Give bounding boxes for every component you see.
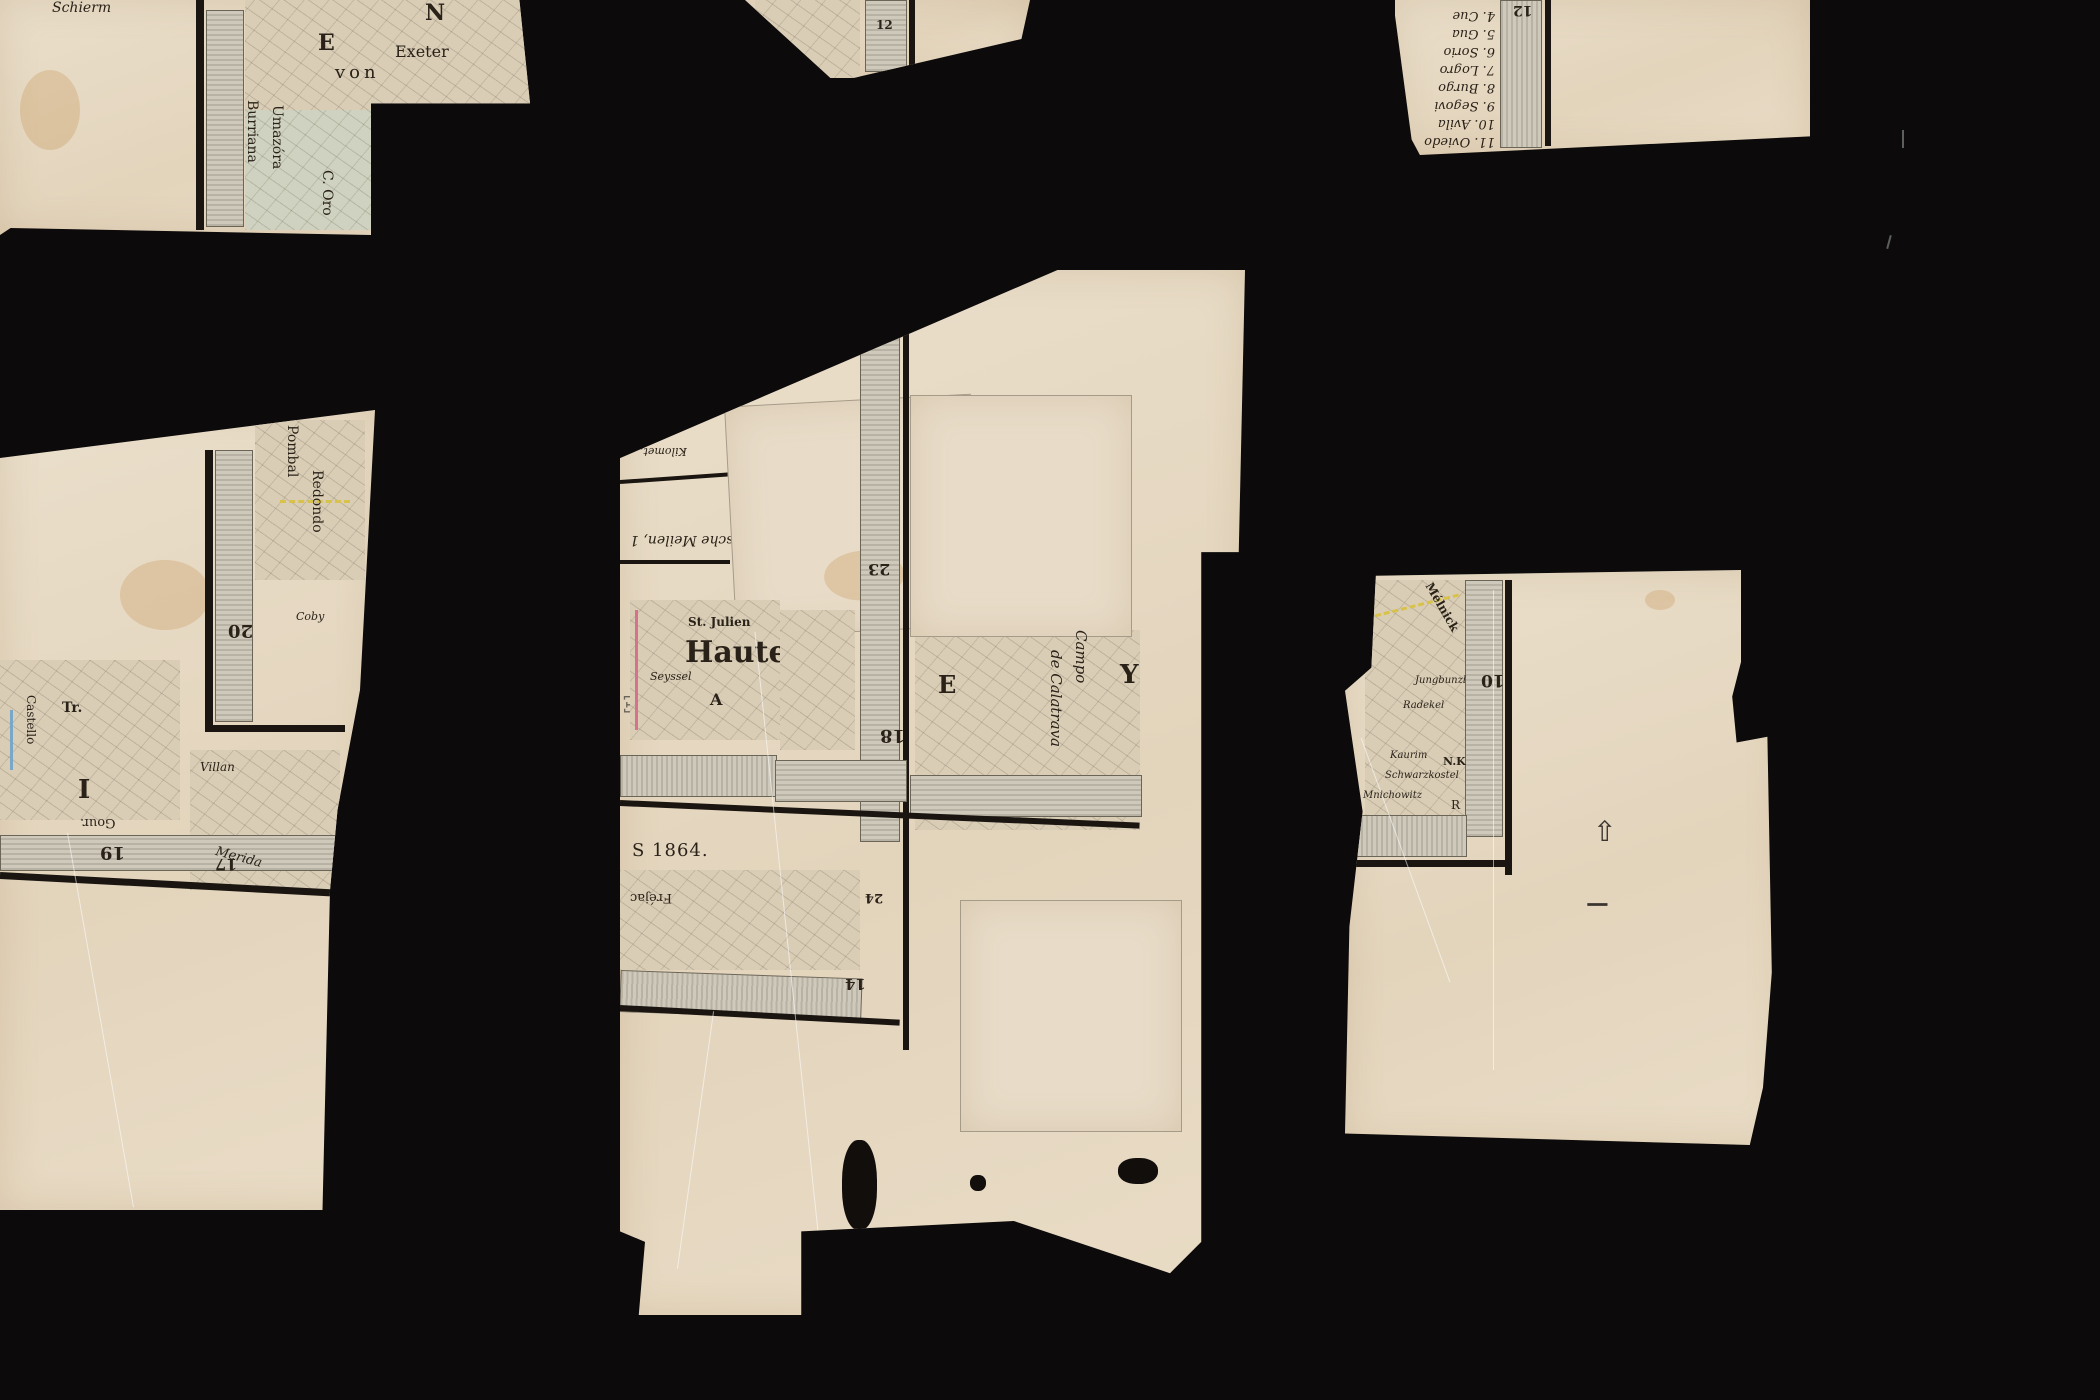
map-label: Campo: [1072, 630, 1090, 683]
ink-damage: [1118, 1158, 1158, 1184]
map-label: Castello: [24, 695, 38, 744]
map-frame-rule: [205, 450, 213, 730]
list-item: 10. Avila: [1405, 114, 1495, 132]
map-label: R: [1451, 798, 1460, 812]
list-item: 5. Gua: [1405, 24, 1495, 42]
cut-line: [677, 1011, 714, 1269]
foxing-stain: [20, 70, 80, 150]
paper-overlay: [960, 900, 1182, 1132]
margin-number: 14: [845, 975, 866, 993]
margin-number: 18: [880, 725, 905, 746]
map-label: Fréjac: [630, 890, 672, 905]
map-label: Coby: [296, 610, 324, 623]
list-item: 6. Sorio: [1405, 42, 1495, 60]
map-border-band: [215, 450, 253, 722]
map-detail-lower: [620, 870, 860, 970]
map-border-band: [620, 755, 777, 797]
map-frame-rule: [205, 725, 345, 732]
ink-damage: [842, 1140, 877, 1230]
paper-overlay: [910, 395, 1132, 637]
margin-number: 24: [865, 890, 883, 905]
ink-damage: [970, 1235, 990, 1253]
map-label: Jungbunzl: [1415, 675, 1466, 686]
province-border-pink: [635, 610, 638, 730]
map-label: Kaurim: [1390, 750, 1427, 761]
map-border-band: [1355, 815, 1467, 857]
map-label: Redondo: [309, 470, 325, 533]
map-label: E: [938, 670, 956, 699]
map-fragment-right: 10 Mélnick Radekel Jungbunzl Kaurim N.K …: [1345, 570, 1785, 1145]
map-frame-rule: [1545, 0, 1551, 146]
map-label: Y: [1120, 660, 1139, 690]
map-border-band: [1500, 0, 1542, 148]
margin-number: 10: [1481, 670, 1505, 690]
map-label: Schwarzkostel: [1385, 770, 1459, 781]
map-label: von: [335, 62, 380, 83]
map-border-band: [910, 775, 1142, 817]
map-detail: [780, 610, 855, 750]
map-label: St. Julien: [688, 615, 750, 629]
map-frame-rule: [909, 0, 915, 70]
margin-number: 12: [1513, 2, 1532, 18]
list-item: 8. Burgo: [1405, 78, 1495, 96]
map-detail-coast: [245, 110, 375, 230]
map-border-band: [206, 10, 244, 227]
collage-scene: Schierm Exeter von Umazóra Burriana C. O…: [0, 0, 2100, 1400]
map-label: E: [318, 30, 335, 56]
map-label: A: [710, 690, 722, 709]
list-item: 9. Segovi: [1405, 96, 1495, 114]
map-fragment-middle-center: Kilomet. Deutsche Meilen, 1 Maafsstab — …: [620, 270, 1245, 1315]
map-label: Pombal: [284, 425, 300, 477]
province-border-blue: [10, 710, 13, 770]
margin-number: 20: [228, 620, 253, 641]
map-label: Gour.: [80, 815, 116, 830]
map-border-band: [775, 760, 907, 802]
map-label: Umazóra: [269, 105, 285, 169]
map-label: C. Oro: [319, 170, 335, 216]
margin-number: 12: [876, 18, 893, 32]
map-border-band: [0, 835, 342, 871]
map-detail-devon: [245, 0, 535, 110]
publication-year: S 1864.: [632, 840, 709, 861]
pencil-mark: I: [1581, 900, 1614, 908]
map-fragment-top-center: 12: [745, 0, 1030, 78]
map-fragment-middle-left: 20 19 17 Pombal Redondo Coby Castello Tr…: [0, 410, 375, 1210]
map-frame-rule: [1355, 860, 1512, 867]
scale-bar: [620, 560, 730, 564]
foxing-stain: [1645, 590, 1675, 610]
map-label: Radekel: [1403, 700, 1444, 711]
map-label: Exeter: [395, 42, 449, 61]
map-fragment-top-left: Schierm Exeter von Umazóra Burriana C. O…: [0, 0, 530, 235]
map-label: N: [425, 0, 445, 26]
map-frame-rule: [1505, 580, 1512, 875]
map-label: Burriana: [244, 100, 260, 163]
list-item: 7. Logro: [1405, 60, 1495, 78]
map-label: N.K: [1443, 755, 1466, 768]
map-frame-rule: [196, 0, 204, 230]
map-frame-rule: [903, 270, 909, 1050]
map-detail: [755, 0, 860, 78]
list-item: 11. Oviedo: [1405, 132, 1495, 150]
dust-speck: [1886, 235, 1892, 249]
list-item: 4. Cue: [1405, 6, 1495, 24]
map-border-band: [1465, 580, 1503, 837]
map-label: Tr.: [62, 700, 82, 716]
map-label: de Calatrava: [1047, 650, 1065, 747]
map-label: Haute: [685, 635, 788, 670]
dust-speck: [1902, 130, 1904, 148]
scale-units-label: Kilomet.: [640, 445, 687, 458]
cut-line: [1493, 590, 1494, 1070]
foxing-stain: [120, 560, 210, 630]
map-label: Villan: [200, 760, 235, 774]
margin-number: 19: [100, 842, 125, 863]
map-label: I: [78, 775, 90, 805]
map-label: Mnichowitz: [1363, 790, 1422, 801]
pencil-arrow-icon: ⇧: [1593, 815, 1616, 848]
place-name-list: 11. Oviedo 10. Avila 9. Segovi 8. Burgo …: [1405, 0, 1495, 150]
map-border-band: [865, 0, 907, 72]
map-label: Seyssel: [650, 670, 692, 683]
margin-number: 23: [868, 560, 890, 579]
map-fragment-top-right: 11. Oviedo 10. Avila 9. Segovi 8. Burgo …: [1395, 0, 1810, 155]
map-label: Schierm: [52, 0, 111, 16]
ink-damage: [970, 1175, 986, 1191]
cut-line: [67, 833, 134, 1207]
